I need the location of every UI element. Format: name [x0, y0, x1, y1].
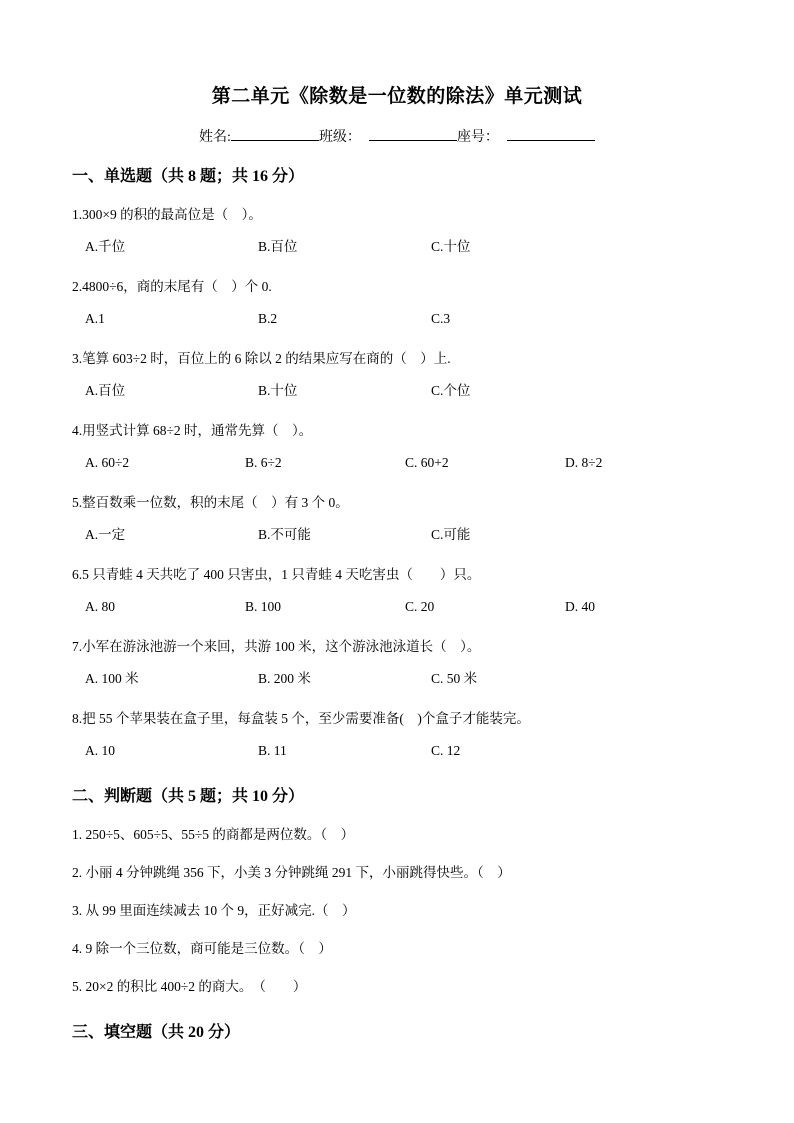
option-b: B.2: [258, 310, 431, 328]
question-options: A. 60÷2B. 6÷2C. 60+2D. 8÷2: [85, 454, 722, 472]
question-text: 1.300×9 的积的最高位是（ ）。: [72, 206, 722, 224]
question-7: 7.小军在游泳池游一个来回，共游 100 米，这个游泳池泳道长（ ）。 A. 1…: [72, 638, 722, 688]
option-a: A. 100 米: [85, 670, 258, 688]
option-b: B. 200 米: [258, 670, 431, 688]
judge-item-5: 5. 20×2 的积比 400÷2 的商大。 （ ）: [72, 978, 722, 996]
question-options: A. 10B. 11C. 12: [85, 742, 722, 760]
question-2: 2.4800÷6，商的末尾有（ ）个 0. A.1B.2C.3: [72, 278, 722, 328]
option-d: D. 8÷2: [565, 454, 725, 472]
option-c: C. 20: [405, 598, 565, 616]
question-options: A.百位B.十位C.个位: [85, 382, 722, 400]
seat-label: 座号：: [457, 130, 499, 145]
question-options: A.1B.2C.3: [85, 310, 722, 328]
judge-item-2: 2. 小丽 4 分钟跳绳 356 下，小美 3 分钟跳绳 291 下，小丽跳得快…: [72, 864, 722, 882]
question-text: 3.笔算 603÷2 时，百位上的 6 除以 2 的结果应写在商的（ ）上.: [72, 350, 722, 368]
section-judge-heading: 二、判断题（共 5 题；共 10 分）: [72, 786, 722, 808]
question-options: A.千位B.百位C.十位: [85, 238, 722, 256]
option-b: B. 11: [258, 742, 431, 760]
option-c: C.个位: [431, 382, 470, 400]
option-a: A.一定: [85, 526, 258, 544]
section-fill-heading: 三、填空题（共 20 分）: [72, 1022, 722, 1044]
question-text: 5.整百数乘一位数，积的末尾（ ）有 3 个 0。: [72, 494, 722, 512]
option-b: B. 100: [245, 598, 405, 616]
student-info-line: 姓名:班级：座号：: [72, 126, 722, 150]
question-4: 4.用竖式计算 68÷2 时，通常先算（ ）。 A. 60÷2B. 6÷2C. …: [72, 422, 722, 472]
option-b: B. 6÷2: [245, 454, 405, 472]
name-label: 姓名:: [199, 130, 231, 145]
section-choice-heading: 一、单选题（共 8 题；共 16 分）: [72, 166, 722, 188]
worksheet-page: 第二单元《除数是一位数的除法》单元测试 姓名:班级：座号： 一、单选题（共 8 …: [0, 0, 794, 1123]
question-text: 8.把 55 个苹果装在盒子里，每盒装 5 个，至少需要准备( )个盒子才能装完…: [72, 710, 722, 728]
question-text: 2.4800÷6，商的末尾有（ ）个 0.: [72, 278, 722, 296]
class-blank: [369, 126, 457, 141]
question-3: 3.笔算 603÷2 时，百位上的 6 除以 2 的结果应写在商的（ ）上. A…: [72, 350, 722, 400]
question-text: 4.用竖式计算 68÷2 时，通常先算（ ）。: [72, 422, 722, 440]
option-a: A. 80: [85, 598, 245, 616]
judge-item-1: 1. 250÷5、605÷5、55÷5 的商都是两位数。（ ）: [72, 826, 722, 844]
option-c: C. 50 米: [431, 670, 477, 688]
name-blank: [231, 126, 319, 141]
question-text: 6.5 只青蛙 4 天共吃了 400 只害虫，1 只青蛙 4 天吃害虫（ ）只。: [72, 566, 722, 584]
option-a: A.千位: [85, 238, 258, 256]
option-c: C.3: [431, 310, 450, 328]
option-c: C. 60+2: [405, 454, 565, 472]
judge-item-4: 4. 9 除一个三位数，商可能是三位数。（ ）: [72, 940, 722, 958]
option-b: B.十位: [258, 382, 431, 400]
option-d: D. 40: [565, 598, 725, 616]
class-label: 班级：: [319, 130, 361, 145]
option-b: B.百位: [258, 238, 431, 256]
question-options: A. 80B. 100C. 20D. 40: [85, 598, 722, 616]
option-a: A. 10: [85, 742, 258, 760]
judge-item-3: 3. 从 99 里面连续减去 10 个 9，正好减完.（ ）: [72, 902, 722, 920]
question-8: 8.把 55 个苹果装在盒子里，每盒装 5 个，至少需要准备( )个盒子才能装完…: [72, 710, 722, 760]
option-a: A.1: [85, 310, 258, 328]
question-options: A.一定B.不可能C.可能: [85, 526, 722, 544]
option-a: A. 60÷2: [85, 454, 245, 472]
question-5: 5.整百数乘一位数，积的末尾（ ）有 3 个 0。 A.一定B.不可能C.可能: [72, 494, 722, 544]
question-text: 7.小军在游泳池游一个来回，共游 100 米，这个游泳池泳道长（ ）。: [72, 638, 722, 656]
question-6: 6.5 只青蛙 4 天共吃了 400 只害虫，1 只青蛙 4 天吃害虫（ ）只。…: [72, 566, 722, 616]
option-b: B.不可能: [258, 526, 431, 544]
seat-blank: [507, 126, 595, 141]
option-c: C.可能: [431, 526, 470, 544]
question-1: 1.300×9 的积的最高位是（ ）。 A.千位B.百位C.十位: [72, 206, 722, 256]
question-options: A. 100 米B. 200 米C. 50 米: [85, 670, 722, 688]
page-title: 第二单元《除数是一位数的除法》单元测试: [72, 84, 722, 109]
option-c: C. 12: [431, 742, 460, 760]
option-c: C.十位: [431, 238, 470, 256]
option-a: A.百位: [85, 382, 258, 400]
